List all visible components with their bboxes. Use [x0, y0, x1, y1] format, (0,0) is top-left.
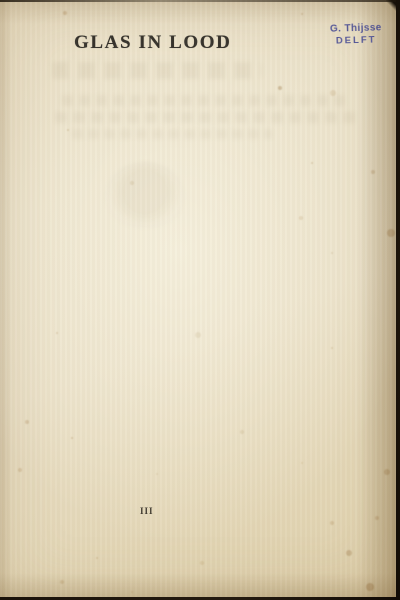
library-ownership-stamp: G. Thijsse DELFT: [320, 22, 393, 47]
page-edge-right: [396, 0, 400, 600]
showthrough-text-band: [72, 129, 272, 139]
showthrough-text-band: [52, 62, 262, 79]
page-title: GLAS IN LOOD: [74, 32, 232, 54]
embossed-emblem-watermark: [106, 162, 184, 228]
stamp-owner-name: G. Thijsse: [320, 22, 392, 35]
showthrough-text-band: [55, 112, 355, 123]
showthrough-text-band: [62, 95, 347, 106]
page-edge-top: [0, 0, 400, 2]
paper-page: GLAS IN LOOD G. Thijsse DELFT III: [0, 0, 397, 597]
stamp-city: DELFT: [320, 34, 392, 47]
book-page-photo: GLAS IN LOOD G. Thijsse DELFT III: [0, 0, 400, 600]
page-number: III: [140, 506, 154, 516]
